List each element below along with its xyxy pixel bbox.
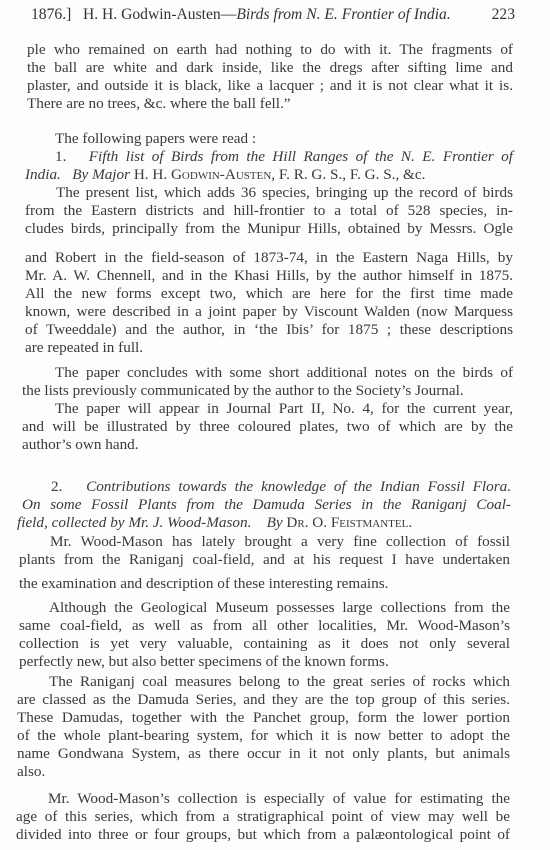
paper2-text-line: also. <box>17 763 45 781</box>
paper2-text-line: Although the Geological Museum possesses… <box>49 599 510 617</box>
paper2-text-line: divided into three or four groups, but w… <box>16 826 510 844</box>
paper2-text-line: collection is yet very valuable, contain… <box>19 635 510 653</box>
paper2-text-line: name Gondwana System, as there occur in … <box>17 745 510 763</box>
paper1-text-line: and Robert in the field-season of 1873-7… <box>25 249 513 267</box>
paper1-title-line: 1. Fifth list of Birds from the Hill Ran… <box>55 148 513 166</box>
paper2-byline: field, collected by Mr. J. Wood-Mason. B… <box>17 514 412 532</box>
paper2-title-line: 2. Contributions towards the knowledge o… <box>51 478 511 496</box>
paper1-title: Fifth list of Birds from the Hill Ranges… <box>89 148 513 165</box>
paper2-text-line: perfectly new, but also better specimens… <box>19 653 389 671</box>
paper1-byline: India. By Major H. H. Godwin-Austen, F. … <box>25 166 425 184</box>
paper1-text-line: Mr. A. W. Chennell, and in the Khasi Hil… <box>25 267 513 285</box>
paper2-title: Contributions towards the knowledge of t… <box>86 478 511 495</box>
paper2-text-line: These Damudas, together with the Panchet… <box>17 709 510 727</box>
intro-line: There are no trees, &c. where the ball f… <box>27 95 291 113</box>
paper1-text-line: All the new forms except two, which are … <box>25 285 513 303</box>
paper2-text-line: plants from the Raniganj coal-field, and… <box>19 551 510 569</box>
intro-line: the ball are white and dark inside, like… <box>27 59 513 77</box>
paper2-number: 2. <box>51 478 62 495</box>
paper2-text-line: Mr. Wood-Mason has lately brought a very… <box>50 533 510 551</box>
intro-line: ple who remained on earth had nothing to… <box>27 41 513 59</box>
paper2-text-line: are classed as the Damuda Series, and th… <box>17 691 510 709</box>
page-number: 223 <box>492 6 515 24</box>
paper2-text-line: of the whole plant-bearing system, for w… <box>17 727 510 745</box>
paper1-text-line: cludes birds, principally from the Munip… <box>25 220 513 238</box>
papers-read-label: The following papers were read : <box>55 130 256 148</box>
header-author: H. H. Godwin-Austen— <box>83 6 236 23</box>
paper2-title-cont: field, collected by Mr. J. Wood-Mason. <box>17 514 251 531</box>
paper2-text-line: age of this series, which from a stratig… <box>16 808 510 826</box>
paper1-title-cont: India. <box>25 166 61 183</box>
document-page: 1876.] H. H. Godwin-Austen—Birds from N.… <box>0 0 550 850</box>
paper2-by: By <box>267 514 283 531</box>
paper2-text-line: Mr. Wood-Mason’s collection is especiall… <box>48 790 510 808</box>
paper1-number: 1. <box>55 148 66 165</box>
paper1-text-line: The paper concludes with some short addi… <box>55 364 513 382</box>
running-header: 1876.] H. H. Godwin-Austen—Birds from N.… <box>31 6 515 24</box>
paper1-credentials: , F. R. G. S., F. G. S., &c. <box>271 166 425 183</box>
paper2-text-line: same coal-field, as well as from all oth… <box>19 617 510 635</box>
paper2-text-line: the examination and description of these… <box>19 575 388 593</box>
header-year: 1876.] <box>31 6 71 23</box>
paper2-text-line: The Raniganj coal measures belong to the… <box>49 673 510 691</box>
paper1-text-line: author’s own hand. <box>22 436 139 454</box>
intro-line: plaster, and outside it is black, like a… <box>27 77 513 95</box>
paper1-text-line: from the Eastern districts and hill-fron… <box>25 202 513 220</box>
header-title: Birds from N. E. Frontier of India. <box>236 6 450 23</box>
paper2-author: Dr. O. Feistmantel. <box>286 514 412 531</box>
paper1-text-line: and will be illustrated by three coloure… <box>22 418 513 436</box>
paper1-text-line: The present list, which adds 36 species,… <box>56 184 513 202</box>
paper1-by: By Major <box>72 166 130 183</box>
paper1-text-line: the lists previously communicated by the… <box>22 382 464 400</box>
paper1-text-line: are repeated in full. <box>25 339 143 357</box>
paper1-author: H. H. Godwin-Austen <box>134 166 271 183</box>
paper1-text-line: of Tweeddale) and the author, in ‘the Ib… <box>25 321 513 339</box>
paper2-title-line: On some Fossil Plants from the Damuda Se… <box>22 496 511 514</box>
paper1-text-line: known, were described in a joint paper b… <box>25 303 513 321</box>
paper1-text-line: The paper will appear in Journal Part II… <box>55 400 513 418</box>
